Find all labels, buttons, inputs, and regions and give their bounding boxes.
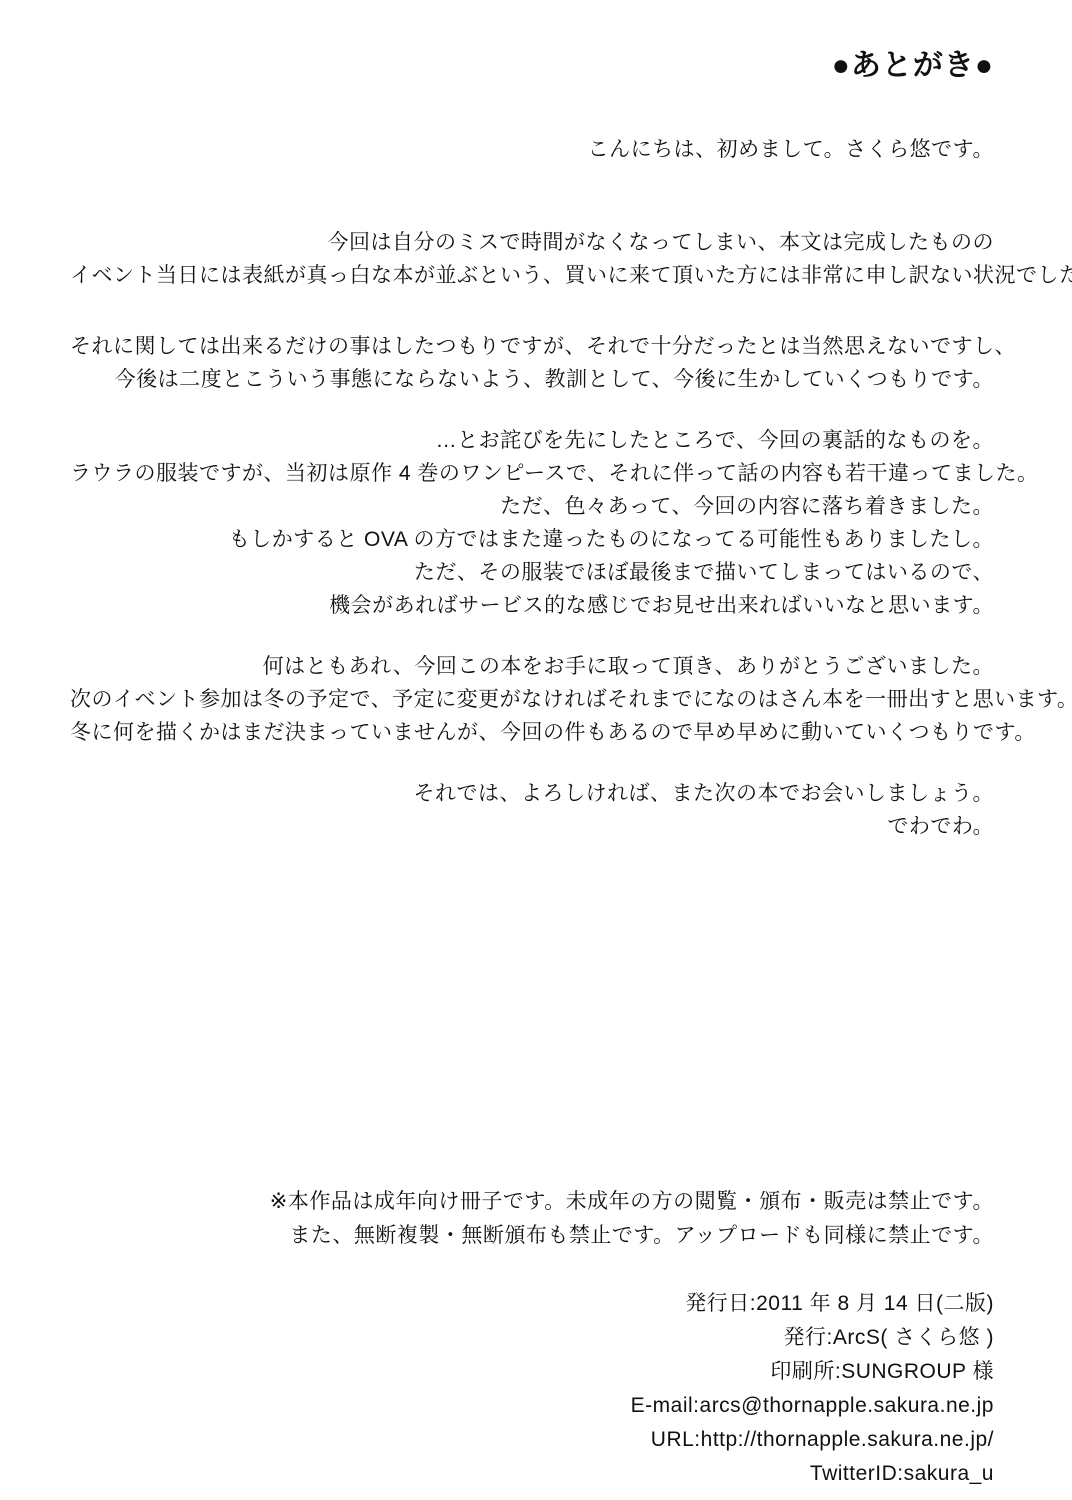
- colophon-publisher: 発行:ArcS( さくら悠 ): [70, 1321, 994, 1355]
- paragraph-line: ただ、その服装でほぼ最後まで描いてしまってはいるので、: [70, 556, 994, 589]
- paragraph-line: 今後は二度とこういう事態にならないよう、教訓として、今後に生かしていくつもりです…: [70, 363, 994, 396]
- paragraph-line: ただ、色々あって、今回の内容に落ち着きました。: [70, 490, 994, 523]
- afterword-page: ●あとがき● こんにちは、初めまして。さくら悠です。 今回は自分のミスで時間がな…: [0, 0, 1072, 1500]
- greeting-line: こんにちは、初めまして。さくら悠です。: [70, 136, 994, 164]
- paragraph-line: 今回は自分のミスで時間がなくなってしまい、本文は完成したものの: [70, 226, 994, 259]
- colophon-publish-date: 発行日:2011 年 8 月 14 日(二版): [70, 1287, 994, 1321]
- paragraph-line: それに関しては出来るだけの事はしたつもりですが、それで十分だったとは当然思えない…: [70, 330, 994, 363]
- paragraph-line: それでは、よろしければ、また次の本でお会いしましょう。: [70, 777, 994, 810]
- paragraph-behind-the-scenes: …とお詫びを先にしたところで、今回の裏話的なものを。 ラウラの服装ですが、当初は…: [70, 424, 994, 622]
- colophon-url: URL:http://thornapple.sakura.ne.jp/: [70, 1423, 994, 1457]
- colophon: 発行日:2011 年 8 月 14 日(二版) 発行:ArcS( さくら悠 ) …: [70, 1287, 994, 1491]
- adult-content-notice: ※本作品は成年向け冊子です。未成年の方の閲覧・頒布・販売は禁止です。 また、無断…: [70, 1185, 994, 1253]
- paragraph-apology-intro: 今回は自分のミスで時間がなくなってしまい、本文は完成したものの イベント当日には…: [70, 226, 994, 292]
- paragraph-line: 何はともあれ、今回この本をお手に取って頂き、ありがとうございました。: [70, 650, 994, 683]
- afterword-title: ●あとがき●: [70, 46, 994, 86]
- paragraph-line: 冬に何を描くかはまだ決まっていませんが、今回の件もあるので早め早めに動いていくつ…: [70, 716, 994, 749]
- paragraph-thanks-next-event: 何はともあれ、今回この本をお手に取って頂き、ありがとうございました。 次のイベン…: [70, 650, 994, 749]
- paragraph-farewell: それでは、よろしければ、また次の本でお会いしましょう。 でわでわ。: [70, 777, 994, 843]
- paragraph-line: イベント当日には表紙が真っ白な本が並ぶという、買いに来て頂いた方には非常に申し訳…: [70, 259, 994, 292]
- notice-line: ※本作品は成年向け冊子です。未成年の方の閲覧・頒布・販売は禁止です。: [70, 1185, 994, 1219]
- paragraph-lesson: それに関しては出来るだけの事はしたつもりですが、それで十分だったとは当然思えない…: [70, 330, 994, 396]
- colophon-email: E-mail:arcs@thornapple.sakura.ne.jp: [70, 1389, 994, 1423]
- paragraph-line: もしかすると OVA の方ではまた違ったものになってる可能性もありましたし。: [70, 523, 994, 556]
- notice-line: また、無断複製・無断頒布も禁止です。アップロードも同様に禁止です。: [70, 1219, 994, 1253]
- paragraph-line: 次のイベント参加は冬の予定で、予定に変更がなければそれまでになのはさん本を一冊出…: [70, 683, 994, 716]
- paragraph-line: 機会があればサービス的な感じでお見せ出来ればいいなと思います。: [70, 589, 994, 622]
- paragraph-line: ラウラの服装ですが、当初は原作 4 巻のワンピースで、それに伴って話の内容も若干…: [70, 457, 994, 490]
- colophon-printer: 印刷所:SUNGROUP 様: [70, 1355, 994, 1389]
- paragraph-line: …とお詫びを先にしたところで、今回の裏話的なものを。: [70, 424, 994, 457]
- colophon-twitter-id: TwitterID:sakura_u: [70, 1457, 994, 1491]
- paragraph-line: でわでわ。: [70, 810, 994, 843]
